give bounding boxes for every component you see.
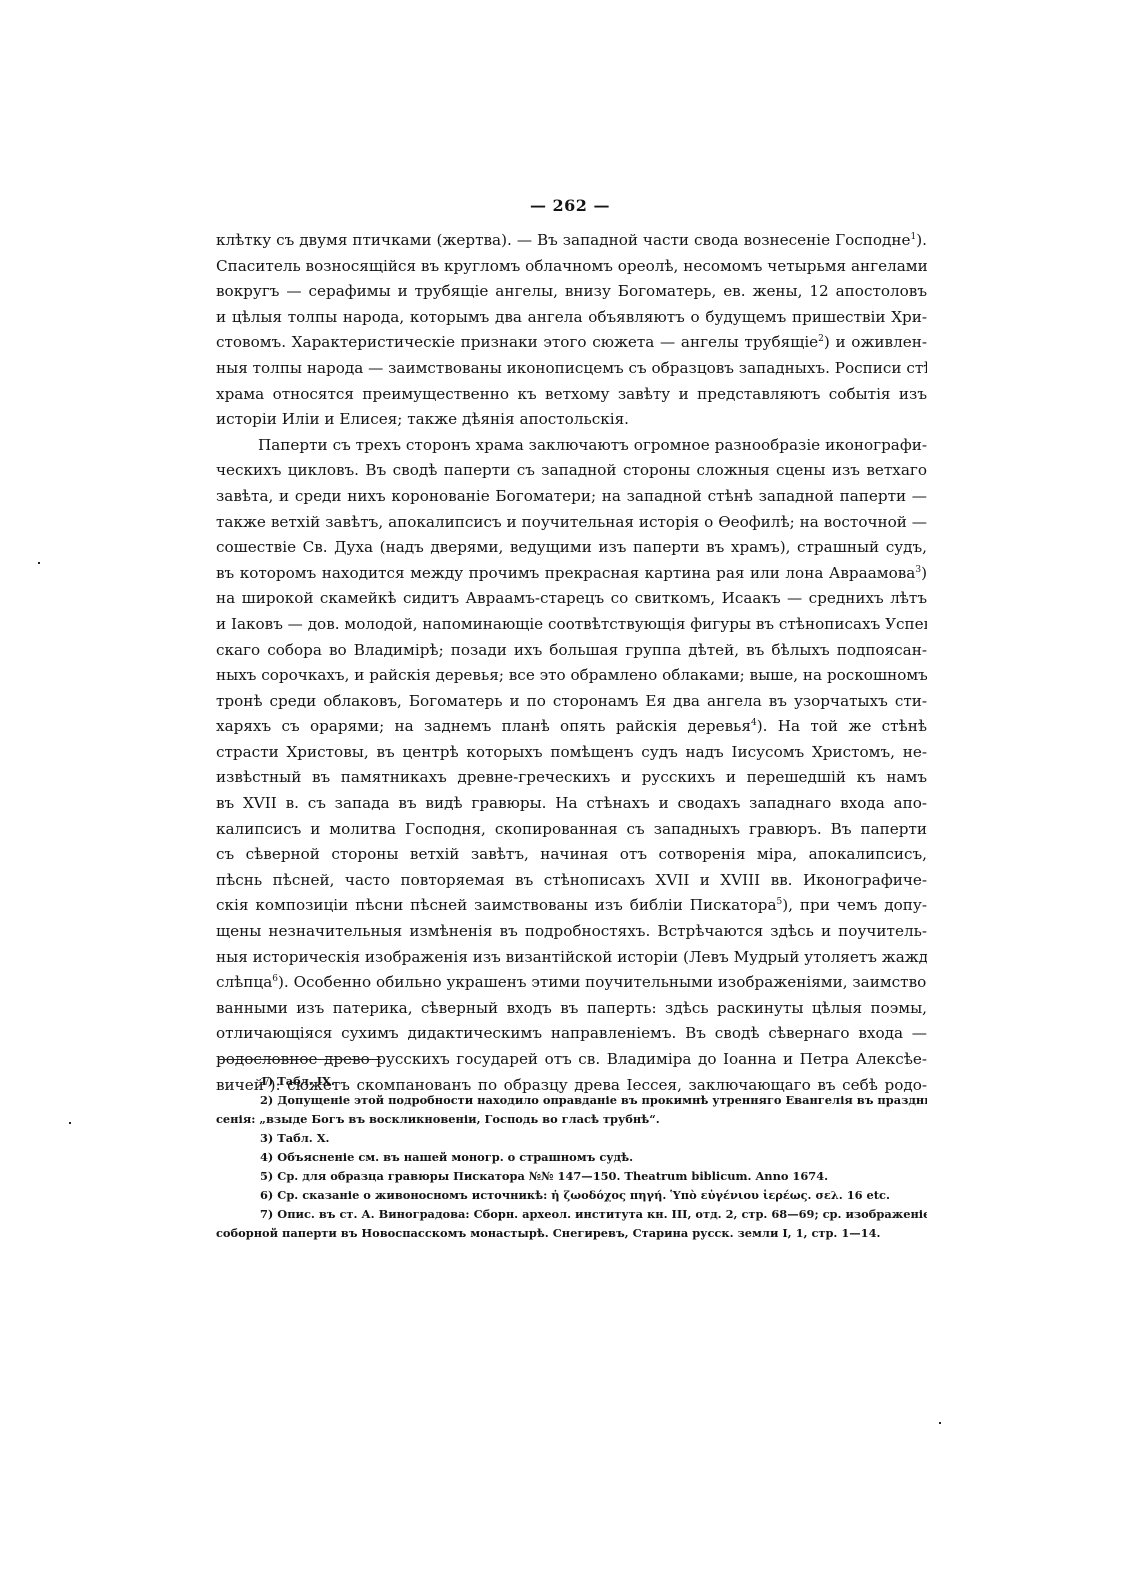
text-line-content: завѣта, и среди нихъ коронованіе Богомат… bbox=[216, 487, 927, 505]
text-line-tail: ) и оживлен- bbox=[824, 333, 927, 351]
text-line: ныя историческія изображенія изъ византі… bbox=[216, 945, 927, 971]
text-line-content: Спаситель возносящійся въ кругломъ облач… bbox=[216, 257, 927, 275]
footnote-text: Табл. IX. bbox=[277, 1074, 335, 1088]
text-line-content: страсти Христовы, въ центрѣ которыхъ пом… bbox=[216, 743, 927, 761]
text-line: страсти Христовы, въ центрѣ которыхъ пом… bbox=[216, 740, 927, 766]
text-line: также ветхій завѣтъ, апокалипсисъ и поуч… bbox=[216, 510, 927, 536]
text-line: ныхъ сорочкахъ, и райскія деревья; все э… bbox=[216, 663, 927, 689]
text-line-content: калипсисъ и молитва Господня, скопирован… bbox=[216, 820, 927, 838]
text-line: клѣтку съ двумя птичками (жертва). — Въ … bbox=[216, 228, 927, 254]
text-line-content: пѣснь пѣсней, часто повторяемая въ стѣно… bbox=[216, 871, 927, 889]
text-line: ческихъ цикловъ. Въ сводѣ паперти съ зап… bbox=[216, 458, 927, 484]
text-line-content: щены незначительныя измѣненія въ подробн… bbox=[216, 922, 927, 940]
scan-speck bbox=[939, 1422, 941, 1424]
footnote: 6) Ср. сказаніе о живоносномъ источникѣ:… bbox=[216, 1186, 927, 1205]
footnote: 5) Ср. для образца гравюры Пискатора №№ … bbox=[216, 1167, 927, 1186]
footnote-text: Допущеніе этой подробности находило опра… bbox=[277, 1093, 927, 1107]
footnote-mark: 7) bbox=[260, 1207, 277, 1221]
text-line-tail: ) bbox=[921, 564, 927, 582]
text-line-content: ныхъ сорочкахъ, и райскія деревья; все э… bbox=[216, 666, 927, 684]
text-line-content: въ которомъ находится между прочимъ прек… bbox=[216, 564, 915, 582]
text-line-tail: ). Особенно обильно украшенъ этими поучи… bbox=[278, 973, 927, 991]
footnote-mark: 6) bbox=[260, 1188, 277, 1202]
text-line-content: стовомъ. Характеристическіе признаки это… bbox=[216, 333, 818, 351]
text-line-content: ныя историческія изображенія изъ византі… bbox=[216, 948, 927, 966]
text-line: отличающіяся сухимъ дидактическимъ напра… bbox=[216, 1021, 927, 1047]
footnote-text: Ср. сказаніе о живоносномъ источникѣ: ἡ … bbox=[277, 1188, 890, 1202]
text-line: извѣстный въ памятникахъ древне-гречески… bbox=[216, 765, 927, 791]
text-line-content: извѣстный въ памятникахъ древне-гречески… bbox=[216, 768, 927, 786]
text-line: въ которомъ находится между прочимъ прек… bbox=[216, 561, 927, 587]
scan-speck bbox=[69, 1122, 71, 1124]
text-line: Спаситель возносящійся въ кругломъ облач… bbox=[216, 254, 927, 280]
text-line-content: слѣпца bbox=[216, 973, 272, 991]
footnote-text: Объясненіе см. въ нашей моногр. о страшн… bbox=[277, 1150, 633, 1164]
footnote-mark: 2) bbox=[260, 1093, 277, 1107]
text-line: и Іаковъ — дов. молодой, напоминающіе со… bbox=[216, 612, 927, 638]
text-line-content: Паперти съ трехъ сторонъ храма заключают… bbox=[258, 436, 927, 454]
text-line-content: тронѣ среди облаковъ, Богоматерь и по ст… bbox=[216, 692, 927, 710]
body-text: клѣтку съ двумя птичками (жертва). — Въ … bbox=[216, 228, 927, 1098]
text-line: Паперти съ трехъ сторонъ храма заключают… bbox=[216, 433, 927, 459]
text-line: храма относятся преимущественно къ ветхо… bbox=[216, 382, 927, 408]
footnote-mark: 5) bbox=[260, 1169, 277, 1183]
text-line-content: ныя толпы народа — заимствованы иконопис… bbox=[216, 359, 927, 377]
text-line-content: и цѣлыя толпы народа, которымъ два ангел… bbox=[216, 308, 927, 326]
footnote: 7) Опис. въ ст. А. Виноградова: Сборн. а… bbox=[216, 1205, 927, 1224]
text-line-tail: ), при чемъ допу- bbox=[782, 896, 927, 914]
text-line: скія композиціи пѣсни пѣсней заимствован… bbox=[216, 893, 927, 919]
text-line: ныя толпы народа — заимствованы иконопис… bbox=[216, 356, 927, 382]
text-line-content: скія композиціи пѣсни пѣсней заимствован… bbox=[216, 896, 777, 914]
text-line: и цѣлыя толпы народа, которымъ два ангел… bbox=[216, 305, 927, 331]
text-line: калипсисъ и молитва Господня, скопирован… bbox=[216, 817, 927, 843]
text-line-tail: ). bbox=[916, 231, 927, 249]
text-line-content: клѣтку съ двумя птичками (жертва). — Въ … bbox=[216, 231, 911, 249]
text-line: пѣснь пѣсней, часто повторяемая въ стѣно… bbox=[216, 868, 927, 894]
text-line: вокругъ — серафимы и трубящіе ангелы, вн… bbox=[216, 279, 927, 305]
text-line-content: и Іаковъ — дов. молодой, напоминающіе со… bbox=[216, 615, 927, 633]
text-line: щены незначительныя измѣненія въ подробн… bbox=[216, 919, 927, 945]
footnote: 1) Табл. IX. bbox=[216, 1072, 927, 1091]
text-line: харяхъ съ орарями; на заднемъ планѣ опят… bbox=[216, 714, 927, 740]
text-line: на широкой скамейкѣ сидитъ Авраамъ-старе… bbox=[216, 586, 927, 612]
footnote: 2) Допущеніе этой подробности находило о… bbox=[216, 1091, 927, 1110]
text-line-content: харяхъ съ орарями; на заднемъ планѣ опят… bbox=[216, 717, 751, 735]
page-number: — 262 — bbox=[0, 196, 1140, 215]
text-line: ванными изъ патерика, сѣверный входъ въ … bbox=[216, 996, 927, 1022]
footnote: сенія: „взыде Богъ въ воскликновеніи, Го… bbox=[216, 1110, 927, 1129]
text-line-content: на широкой скамейкѣ сидитъ Авраамъ-старе… bbox=[216, 589, 927, 607]
footnote-text: сенія: „взыде Богъ въ воскликновеніи, Го… bbox=[216, 1112, 660, 1126]
text-line: стовомъ. Характеристическіе признаки это… bbox=[216, 330, 927, 356]
text-line: скаго собора во Владимірѣ; позади ихъ бо… bbox=[216, 638, 927, 664]
text-line: съ сѣверной стороны ветхій завѣтъ, начин… bbox=[216, 842, 927, 868]
text-line: тронѣ среди облаковъ, Богоматерь и по ст… bbox=[216, 689, 927, 715]
text-line-tail: ). На той же стѣнѣ bbox=[757, 717, 927, 735]
footnote-text: соборной паперти въ Новоспасскомъ монаст… bbox=[216, 1226, 881, 1240]
text-line-content: отличающіяся сухимъ дидактическимъ напра… bbox=[216, 1024, 927, 1042]
text-line: слѣпца6). Особенно обильно украшенъ этим… bbox=[216, 970, 927, 996]
text-line-content: вокругъ — серафимы и трубящіе ангелы, вн… bbox=[216, 282, 927, 300]
footnote-separator bbox=[219, 1059, 381, 1060]
text-line-content: съ сѣверной стороны ветхій завѣтъ, начин… bbox=[216, 845, 927, 863]
footnote-mark: 1) bbox=[260, 1074, 277, 1088]
text-line: сошествіе Св. Духа (надъ дверями, ведущи… bbox=[216, 535, 927, 561]
scan-speck bbox=[38, 562, 40, 564]
footnote-mark: 4) bbox=[260, 1150, 277, 1164]
text-line-content: сошествіе Св. Духа (надъ дверями, ведущи… bbox=[216, 538, 927, 556]
footnote: соборной паперти въ Новоспасскомъ монаст… bbox=[216, 1224, 927, 1243]
footnote-mark: 3) bbox=[260, 1131, 277, 1145]
footnote-text: Табл. X. bbox=[277, 1131, 329, 1145]
text-line-content: храма относятся преимущественно къ ветхо… bbox=[216, 385, 927, 403]
text-line-content: въ XVII в. съ запада въ видѣ гравюры. На… bbox=[216, 794, 927, 812]
text-line-content: ванными изъ патерика, сѣверный входъ въ … bbox=[216, 999, 927, 1017]
footnote: 4) Объясненіе см. въ нашей моногр. о стр… bbox=[216, 1148, 927, 1167]
text-line: въ XVII в. съ запада въ видѣ гравюры. На… bbox=[216, 791, 927, 817]
footnotes: 1) Табл. IX.2) Допущеніе этой подробност… bbox=[216, 1072, 927, 1243]
text-line: исторіи Иліи и Елисея; также дѣянія апос… bbox=[216, 407, 927, 433]
footnote-text: Ср. для образца гравюры Пискатора №№ 147… bbox=[277, 1169, 828, 1183]
footnote: 3) Табл. X. bbox=[216, 1129, 927, 1148]
text-line-content: скаго собора во Владимірѣ; позади ихъ бо… bbox=[216, 641, 927, 659]
text-line-content: ческихъ цикловъ. Въ сводѣ паперти съ зап… bbox=[216, 461, 927, 479]
text-line-content: также ветхій завѣтъ, апокалипсисъ и поуч… bbox=[216, 513, 927, 531]
text-line-content: исторіи Иліи и Елисея; также дѣянія апос… bbox=[216, 410, 629, 428]
footnote-text: Опис. въ ст. А. Виноградова: Сборн. архе… bbox=[277, 1207, 927, 1221]
text-line: завѣта, и среди нихъ коронованіе Богомат… bbox=[216, 484, 927, 510]
